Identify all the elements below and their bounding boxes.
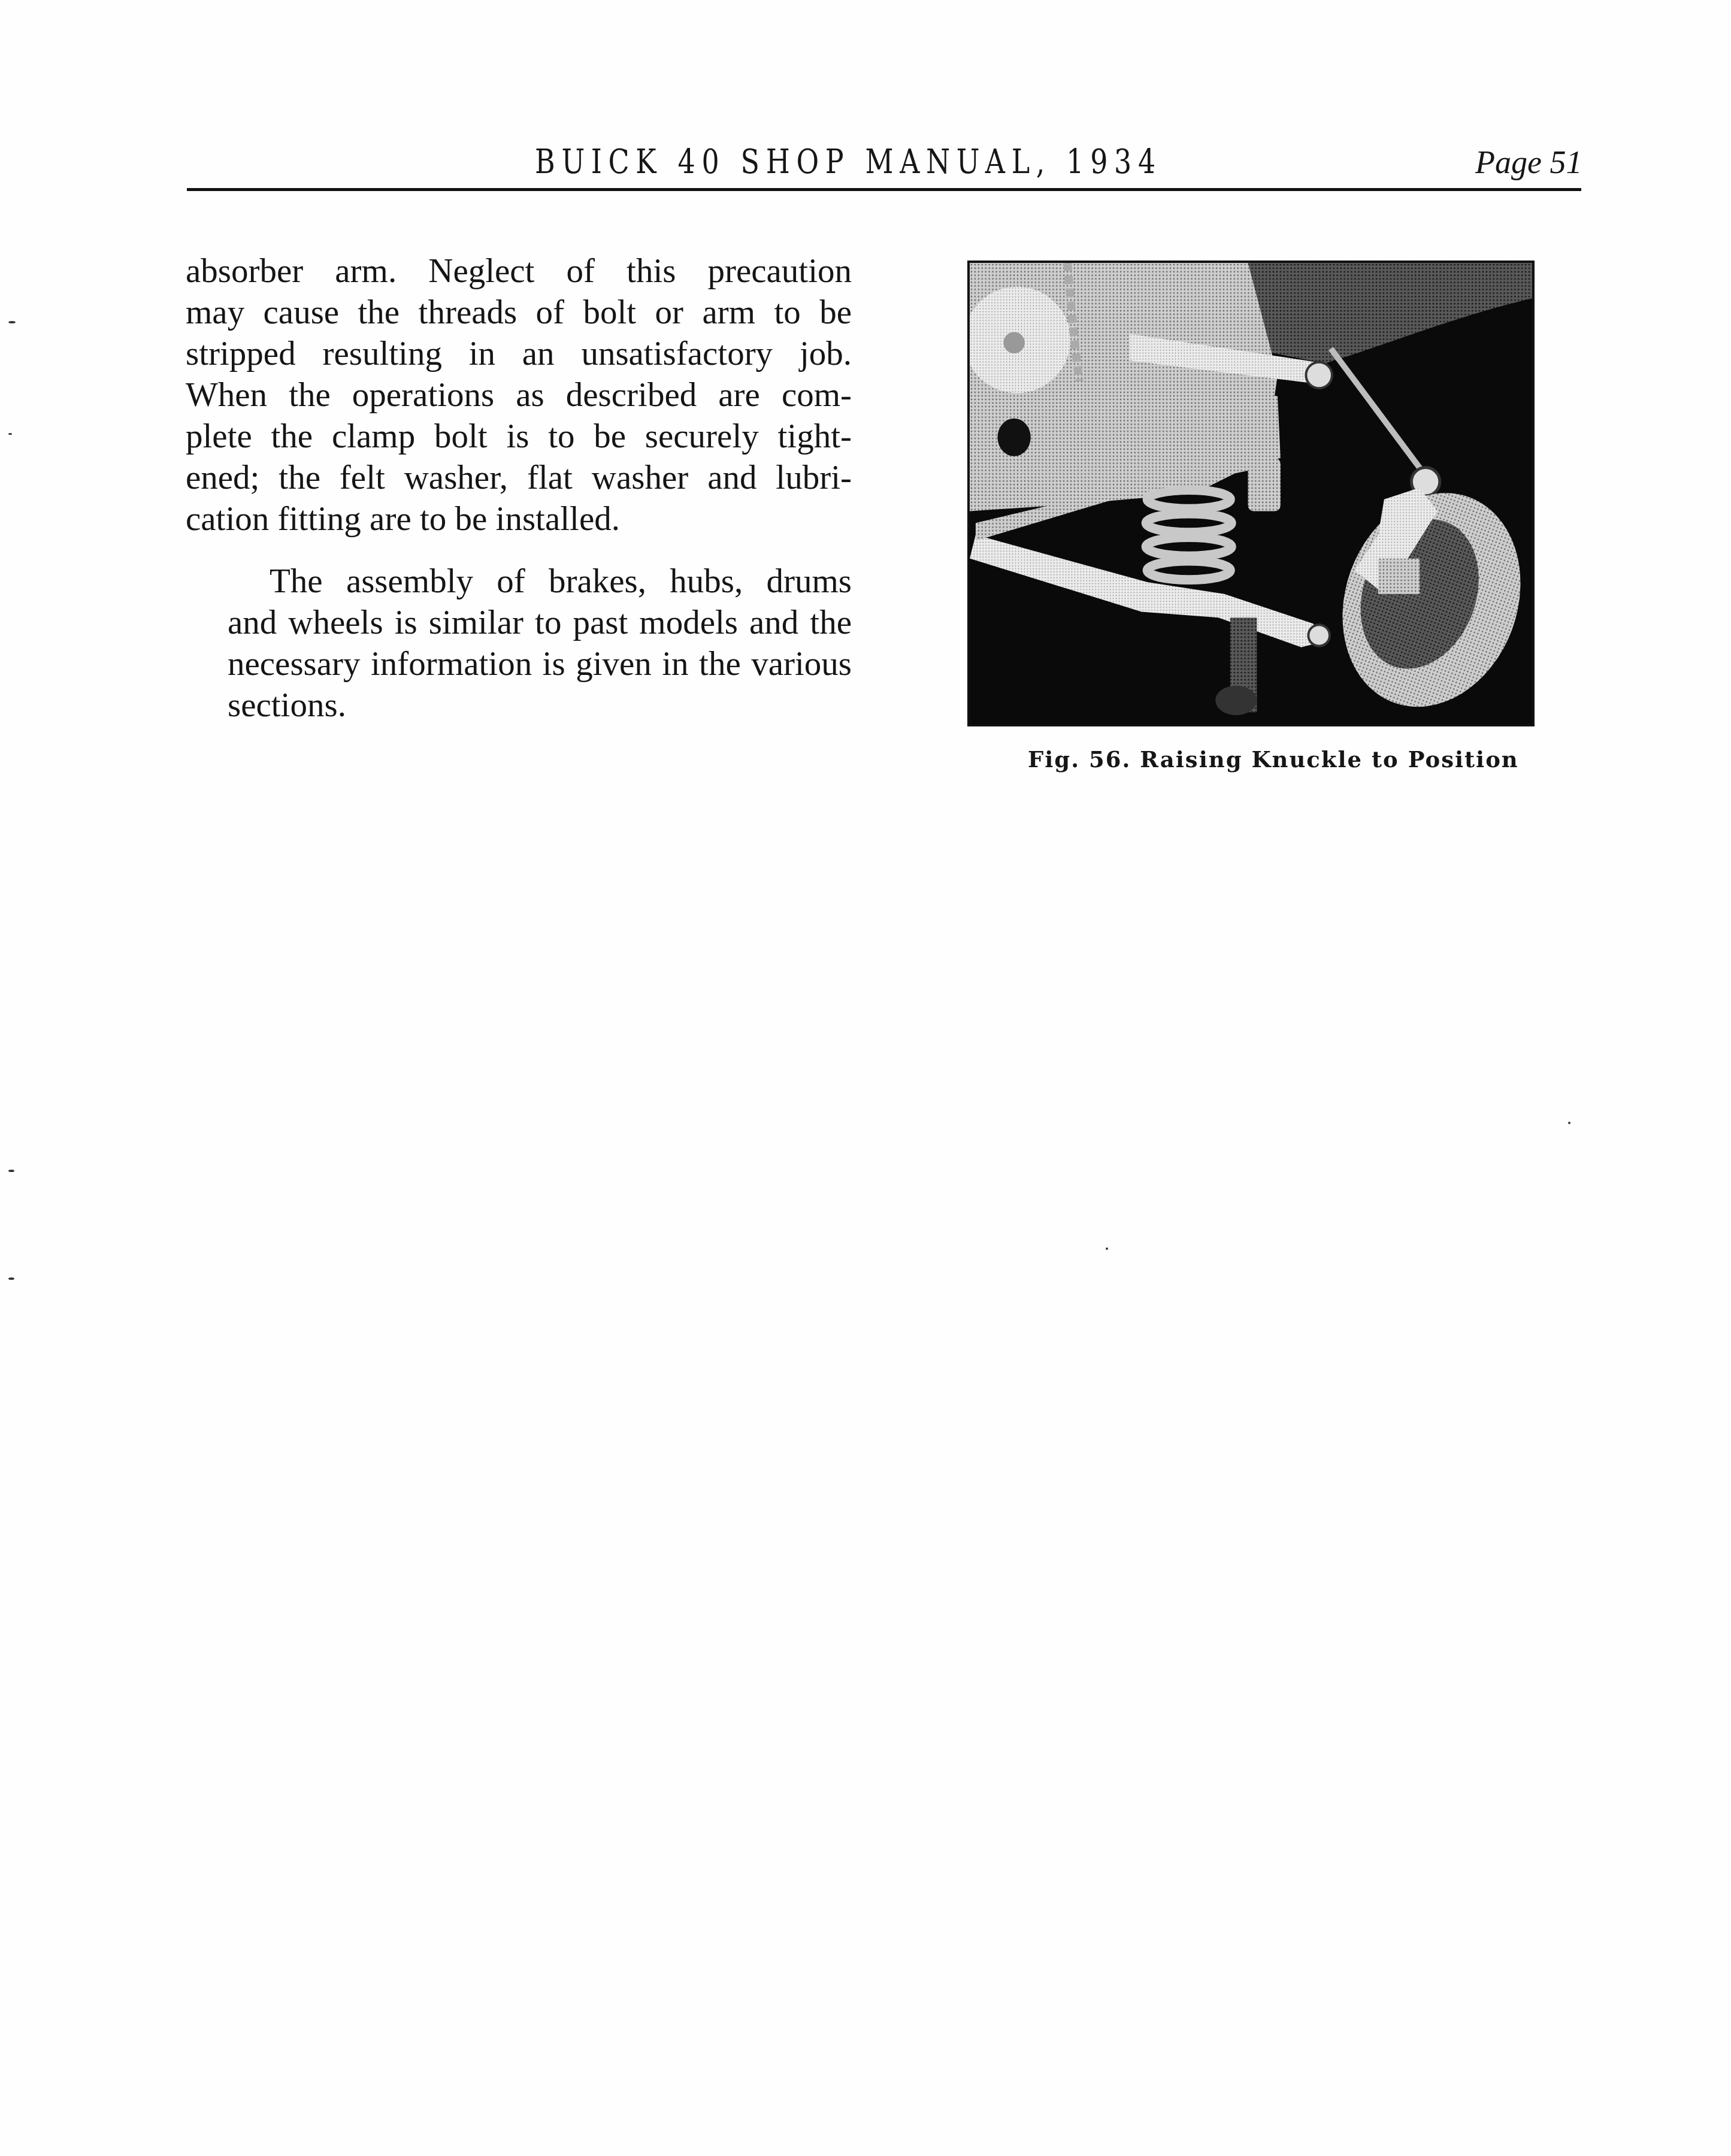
running-title: BUICK 40 SHOP MANUAL, 1934 <box>535 143 1162 181</box>
text-line: When the operations as described are com… <box>186 374 852 416</box>
figure-photo <box>967 261 1535 726</box>
scan-artifact <box>8 1277 14 1280</box>
suspension-photo-illustration <box>970 263 1532 724</box>
text-line: ened; the felt washer, flat washer and l… <box>186 457 852 498</box>
text-line: necessary information is given in the va… <box>186 643 852 685</box>
text-line: The assembly of brakes, hubs, drums <box>186 561 852 602</box>
manual-page: BUICK 40 SHOP MANUAL, 1934 Page 51 absor… <box>0 0 1731 2156</box>
text-line: plete the clamp bolt is to be securely t… <box>186 416 852 457</box>
text-line: stripped resulting in an unsatisfactory … <box>186 333 852 374</box>
text-line: sections. <box>186 685 852 726</box>
paragraph-1: absorber arm. Neglect of this precaution… <box>186 250 852 540</box>
text-line: absorber arm. Neglect of this precaution <box>186 250 852 292</box>
scan-artifact <box>8 321 16 323</box>
text-line: cation fitting are to be installed. <box>186 498 852 540</box>
scan-artifact <box>1568 1122 1570 1124</box>
scan-artifact <box>1106 1247 1108 1250</box>
text-line: and wheels is similar to past models and… <box>186 602 852 643</box>
page-number: Page 51 <box>1475 144 1582 181</box>
paragraph-2: The assembly of brakes, hubs, drums and … <box>186 561 852 726</box>
figure-caption: Fig. 56. Raising Knuckle to Position <box>1028 746 1519 773</box>
text-line: may cause the threads of bolt or arm to … <box>186 292 852 333</box>
header-rule <box>187 188 1581 191</box>
scan-artifact <box>8 1170 14 1172</box>
body-text-column: absorber arm. Neglect of this precaution… <box>186 250 852 726</box>
scan-artifact <box>8 433 12 435</box>
